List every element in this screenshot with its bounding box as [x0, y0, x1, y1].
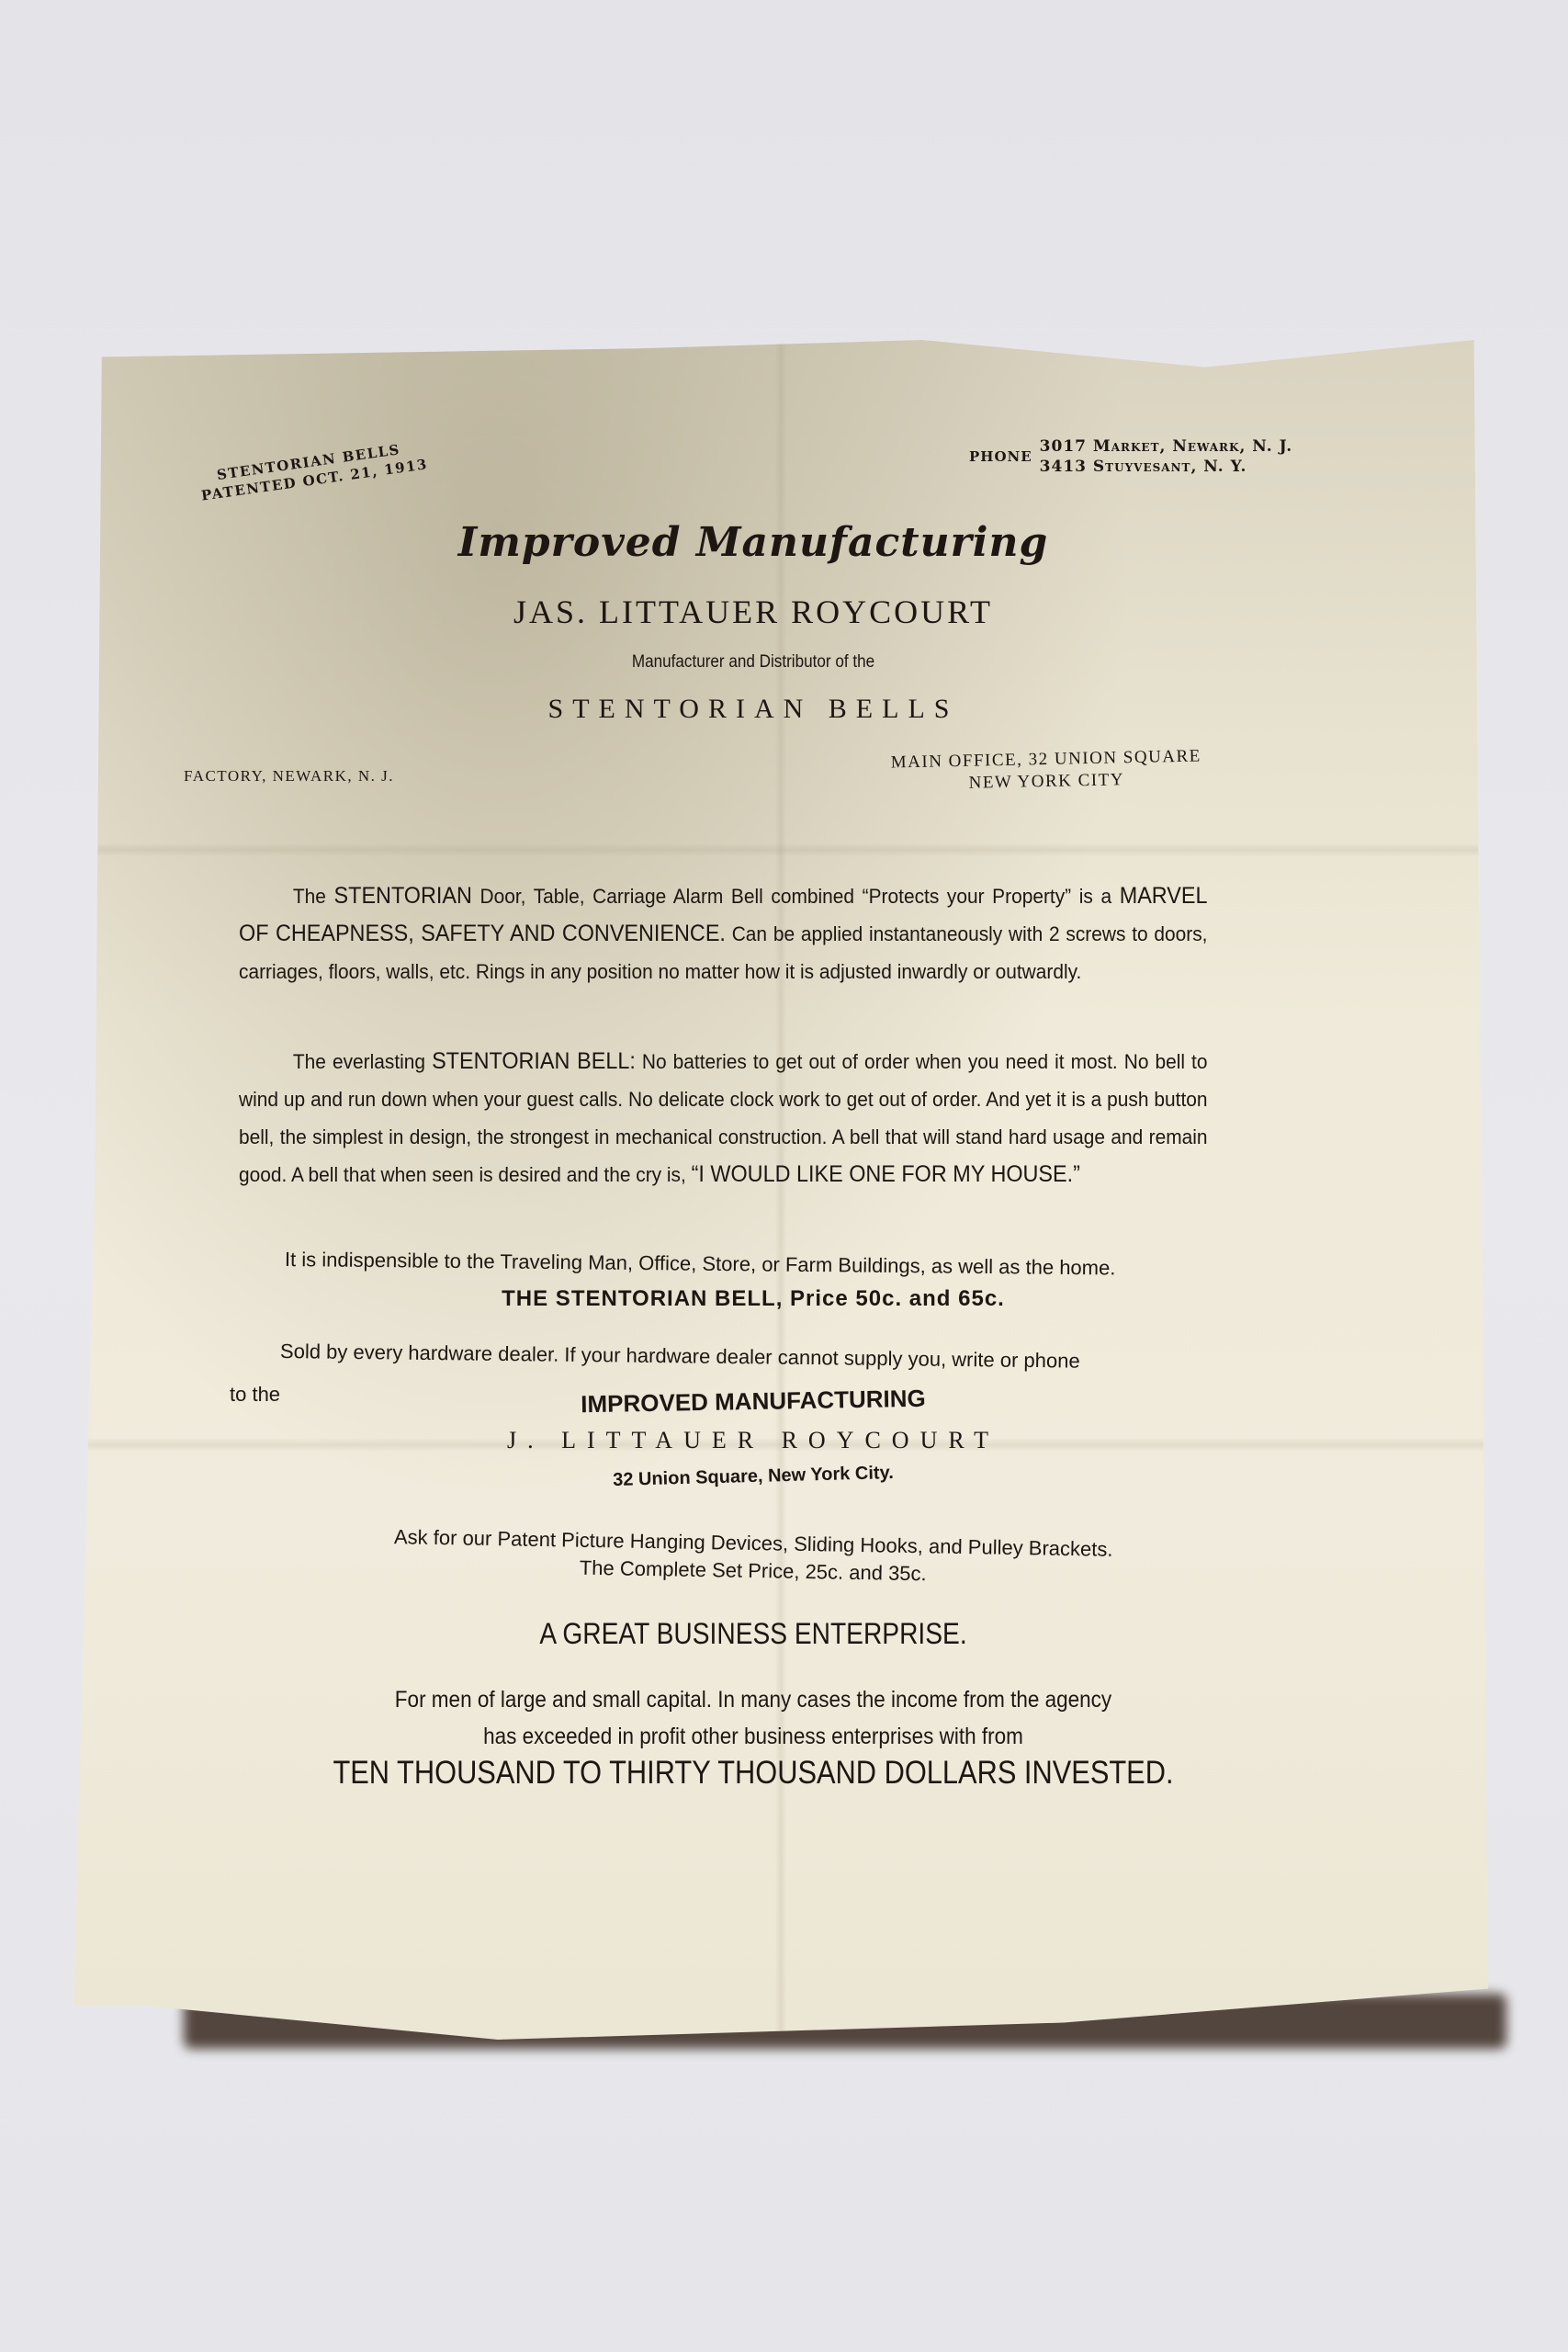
contact-name: J. LITTAUER ROYCOURT — [0, 1427, 1506, 1454]
paragraph-protects-property: The STENTORIAN Door, Table, Carriage Ala… — [239, 877, 1208, 990]
text-run: The — [293, 885, 334, 908]
phone-label: PHONE — [969, 448, 1032, 465]
owner-name: JAS. LITTAUER ROYCOURT — [0, 593, 1506, 631]
product-name: STENTORIAN BELLS — [0, 694, 1506, 725]
subtitle: Manufacturer and Distributor of the — [75, 652, 1431, 673]
factory-address: FACTORY, NEWARK, N. J. — [184, 767, 394, 786]
company-title: Improved Manufacturing — [0, 519, 1506, 566]
text-run: STENTORIAN — [334, 884, 472, 909]
main-office: MAIN OFFICE, 32 UNION SQUARE NEW YORK CI… — [891, 745, 1202, 796]
footer-closing: TEN THOUSAND TO THIRTY THOUSAND DOLLARS … — [90, 1755, 1416, 1792]
footer-headline: A GREAT BUSINESS ENTERPRISE. — [90, 1617, 1416, 1651]
footer-line-1: For men of large and small capital. In m… — [75, 1681, 1431, 1718]
phone-line-ny: 3413 Stuyvesant, N. Y. — [1040, 457, 1293, 477]
footer-line-2: has exceeded in profit other business en… — [75, 1718, 1431, 1755]
text-run: The everlasting — [293, 1050, 432, 1073]
text-run: “I WOULD LIKE ONE FOR MY HOUSE.” — [692, 1162, 1080, 1187]
phone-line-newark: 3017 Market, Newark, N. J. — [1040, 436, 1293, 457]
price-line: THE STENTORIAN BELL, Price 50c. and 65c. — [0, 1286, 1506, 1312]
footer-body: For men of large and small capital. In m… — [75, 1681, 1431, 1755]
phone-block: PHONE 3017 Market, Newark, N. J. 3413 St… — [969, 436, 1292, 477]
paragraph-everlasting-bell: The everlasting STENTORIAN BELL: No batt… — [239, 1043, 1208, 1193]
text-run: Door, Table, Carriage Alarm Bell combine… — [472, 885, 1120, 908]
text-run: STENTORIAN BELL: — [432, 1049, 636, 1074]
